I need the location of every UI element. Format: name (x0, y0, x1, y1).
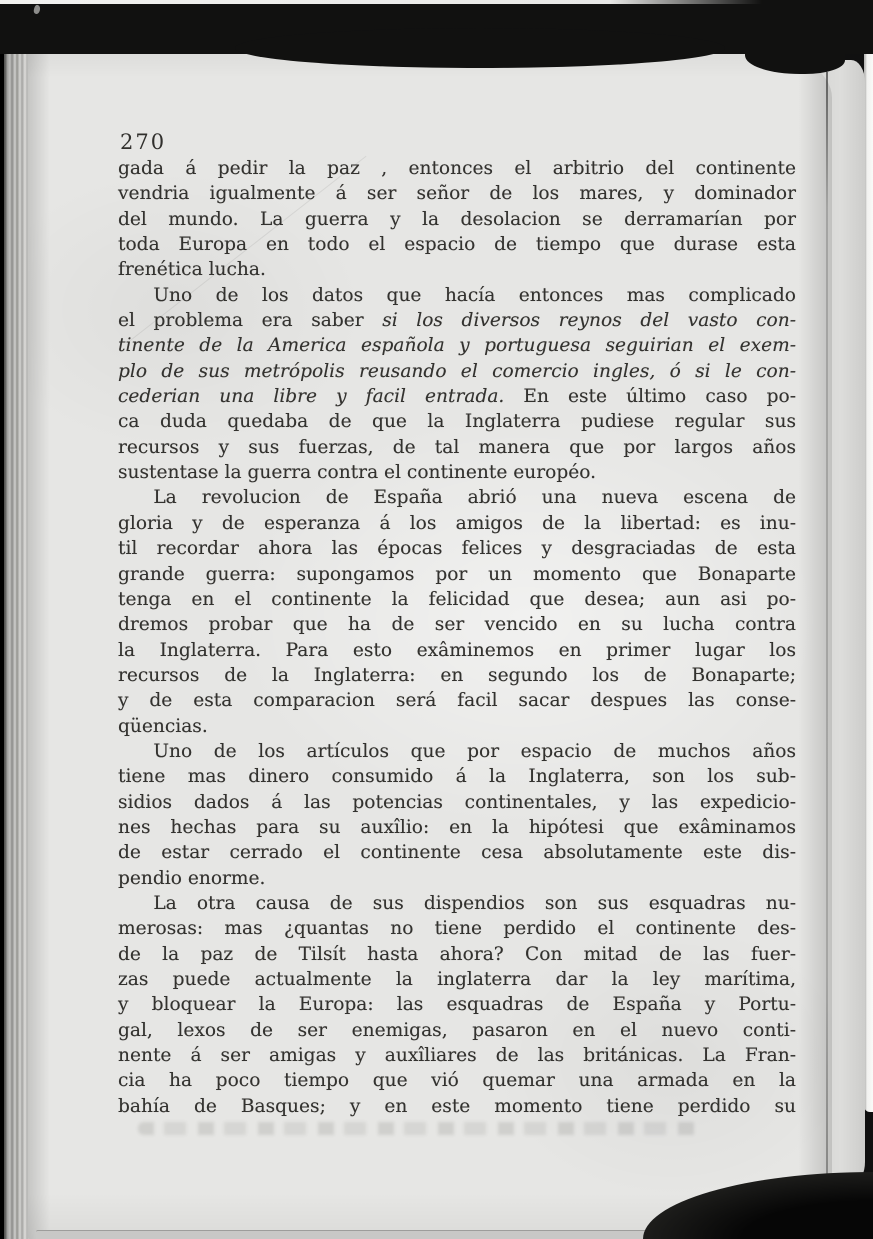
text-line: recursos y sus fuerzas, de tal manera qu… (118, 435, 796, 460)
text-line: nente á ser amigas y auxîliares de las b… (118, 1043, 796, 1068)
text-line: tiene mas dinero consumido á la Inglater… (118, 764, 796, 789)
text-line: cederian una libre y facil entrada. En e… (118, 384, 796, 409)
text-line: y de esta comparacion será facil sacar d… (118, 688, 796, 713)
show-through-ghost-text (138, 1122, 698, 1135)
text-line: Uno de los artículos que por espacio de … (118, 739, 796, 764)
text-line: tinente de la America española y portugu… (118, 333, 796, 358)
text-line: sustentase la guerra contra el continent… (118, 460, 796, 485)
text-line: y bloquear la Europa: las esquadras de E… (118, 992, 796, 1017)
page-number: 270 (120, 130, 166, 154)
text-block: gada á pedir la paz , entonces el arbitr… (118, 156, 796, 1135)
text-line: cia ha poco tiempo que vió quemar una ar… (118, 1068, 796, 1093)
bottom-table-strip (36, 1230, 716, 1239)
text-line: de estar cerrado el continente cesa abso… (118, 840, 796, 865)
book-page: 270 gada á pedir la paz , entonces el ar… (28, 48, 832, 1239)
text-line: grande guerra: supongamos por un momento… (118, 562, 796, 587)
text-line: toda Europa en todo el espacio de tiempo… (118, 232, 796, 257)
text-line: sidios dados á las potencias continental… (118, 790, 796, 815)
text-line: merosas: mas ¿quantas no tiene perdido e… (118, 916, 796, 941)
text-line: til recordar ahora las épocas felices y … (118, 536, 796, 561)
text-line: del mundo. La guerra y la desolacion se … (118, 207, 796, 232)
top-light-sliver (0, 0, 762, 4)
text-line: Uno de los datos que hacía entonces mas … (118, 283, 796, 308)
text-line: la Inglaterra. Para esto exâminemos en p… (118, 638, 796, 663)
top-shadow-dip (235, 28, 725, 68)
text-line: zas puede actualmente la inglaterra dar … (118, 967, 796, 992)
text-line: de la paz de Tilsít hasta ahora? Con mit… (118, 942, 796, 967)
text-line: recursos de la Inglaterra: en segundo lo… (118, 663, 796, 688)
text-line: dremos probar que ha de ser vencido en s… (118, 612, 796, 637)
page-right-crease (826, 72, 828, 1200)
paragraph: La otra causa de sus dispendios son sus … (118, 891, 796, 1119)
text-line: gada á pedir la paz , entonces el arbitr… (118, 156, 796, 181)
paragraph: La revolucion de España abrió una nueva … (118, 485, 796, 738)
paragraph: Uno de los artículos que por espacio de … (118, 739, 796, 891)
fore-edge-strip (864, 6, 873, 1112)
text-line: vendria igualmente á ser señor de los ma… (118, 181, 796, 206)
text-line: La otra causa de sus dispendios son sus … (118, 891, 796, 916)
text-line: qüencias. (118, 714, 796, 739)
text-line: gal, lexos de ser enemigas, pasaron en e… (118, 1018, 796, 1043)
text-line: bahía de Basques; y en este momento tien… (118, 1094, 796, 1119)
text-line: nes hechas para su auxîlio: en la hipóte… (118, 815, 796, 840)
text-line: ca duda quedaba de que la Inglaterra pud… (118, 409, 796, 434)
text-line: pendio enorme. (118, 866, 796, 891)
text-line: plo de sus metrópolis reusando el comerc… (118, 359, 796, 384)
paragraph: gada á pedir la paz , entonces el arbitr… (118, 156, 796, 283)
paragraph: Uno de los datos que hacía entonces mas … (118, 283, 796, 486)
book-photo-scene: 270 gada á pedir la paz , entonces el ar… (0, 0, 873, 1239)
page-stack-edges (0, 0, 30, 1239)
text-line: La revolucion de España abrió una nueva … (118, 485, 796, 510)
text-line: tenga en el continente la felicidad que … (118, 587, 796, 612)
text-line: el problema era saber si los diversos re… (118, 308, 796, 333)
text-line: gloria y de esperanza á los amigos de la… (118, 511, 796, 536)
